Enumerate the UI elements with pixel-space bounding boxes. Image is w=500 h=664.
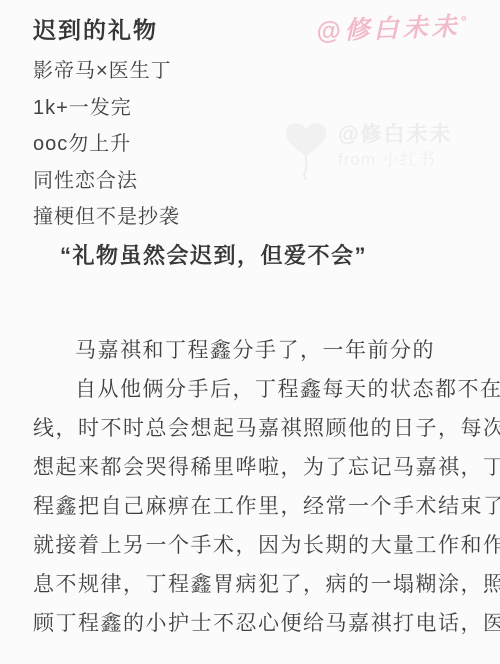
story-body: 马嘉祺和丁程鑫分手了，一年前分的自从他俩分手后，丁程鑫每天的状态都不在线，时不时… [33,331,470,643]
tag-line: ooc勿上升 [33,126,470,163]
story-line: 息不规律，丁程鑫胃病犯了，病的一塌糊涂，照 [33,565,470,604]
story-line: 想起来都会哭得稀里哗啦，为了忘记马嘉祺，丁 [33,448,470,487]
tag-list: 影帝马×医生丁1k+一发完ooc勿上升同性恋合法撞梗但不是抄袭 [33,53,470,236]
note-quote: “礼物虽然会迟到，但爱不会” [60,241,470,271]
story-line: 顾丁程鑫的小护士不忍心便给马嘉祺打电话，医 [33,604,470,643]
story-line: 自从他俩分手后，丁程鑫每天的状态都不在 [33,370,470,409]
tag-line: 1k+一发完 [33,90,470,127]
author-watermark-text: @修白未未 [315,13,460,46]
story-line: 马嘉祺和丁程鑫分手了，一年前分的 [33,331,470,370]
note-page: @修白未未° @修白未未 from 小红书 迟到的礼物 影帝马×医生丁1k+一发… [0,0,500,664]
tag-line: 同性恋合法 [33,163,470,200]
tag-line: 撞梗但不是抄袭 [33,199,470,236]
watermark-dot: ° [460,13,467,30]
story-line: 线，时不时总会想起马嘉祺照顾他的日子，每次 [33,409,470,448]
tag-line: 影帝马×医生丁 [33,53,470,90]
author-watermark: @修白未未° [315,6,467,47]
story-line: 程鑫把自己麻痹在工作里，经常一个手术结束了 [33,487,470,526]
story-line: 就接着上另一个手术，因为长期的大量工作和作 [33,526,470,565]
